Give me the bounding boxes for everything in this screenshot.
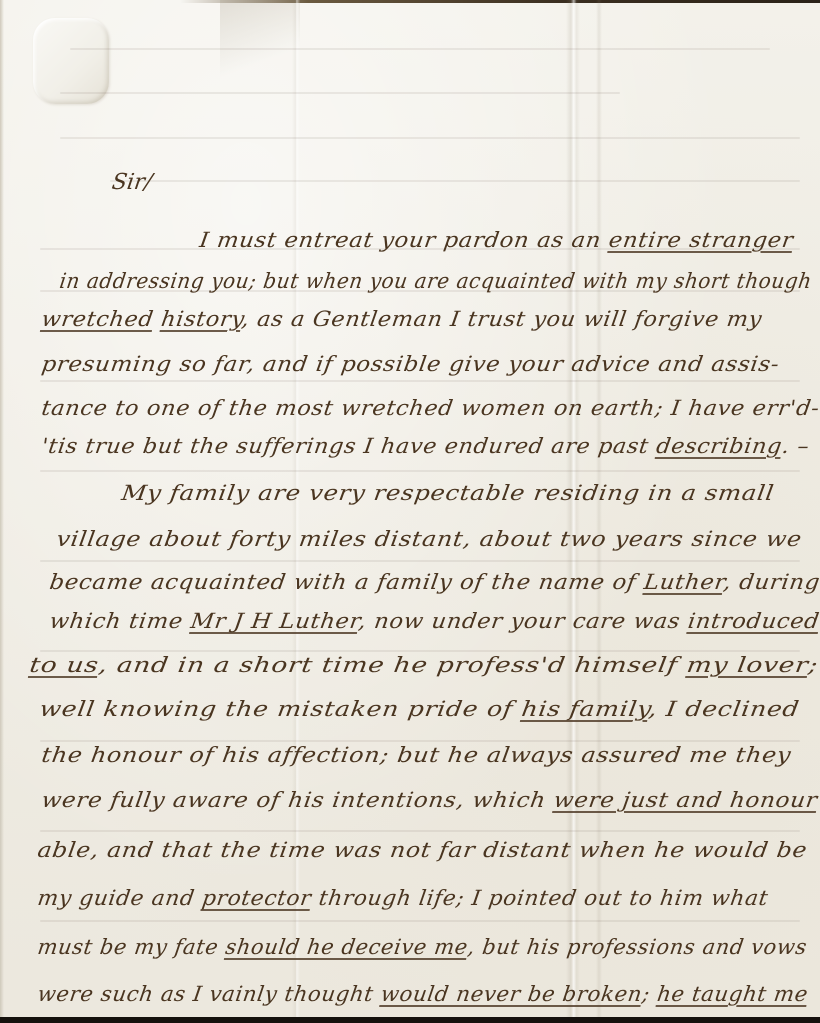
letter-line: 'tis true but the sufferings I have endu… — [40, 434, 811, 458]
letter-text: , I declined — [647, 697, 801, 721]
letter-line: my guide and protector through life; I p… — [36, 886, 770, 910]
letter-line: became acquainted with a family of the n… — [48, 570, 820, 594]
letter-text: presuming so far, and if possible give y… — [40, 352, 781, 376]
letter-text: I must entreat your pardon as an — [198, 228, 611, 252]
paper-fold-line — [292, 0, 300, 1017]
underlined-phrase: his family — [520, 697, 651, 721]
letter-line: I must entreat your pardon as an entire … — [198, 228, 795, 252]
underlined-phrase: my lover — [685, 653, 810, 677]
underlined-phrase: protector — [201, 886, 314, 910]
bleed-through-line — [40, 470, 800, 472]
letter-line: the honour of his affection; but he alwa… — [40, 743, 793, 767]
underlined-phrase: wretched — [40, 307, 155, 331]
bleed-through-line — [40, 560, 800, 562]
letter-text: tance to one of the most wretched women … — [40, 396, 820, 420]
letter-text: became acquainted with a family of the n… — [48, 570, 646, 594]
letter-text: My family are very respectable residing … — [120, 481, 776, 505]
letter-text: 'tis true but the sufferings I have endu… — [40, 434, 658, 458]
paper-fold-line — [596, 0, 602, 1017]
underlined-phrase: he taught me — [656, 982, 810, 1006]
page-left-edge — [0, 0, 4, 1017]
letter-text: were such as I vainly thought — [36, 982, 383, 1006]
letter-line: presuming so far, and if possible give y… — [40, 352, 781, 376]
underlined-phrase: were just and honour — [552, 788, 819, 812]
underlined-phrase: would never be broken — [379, 982, 644, 1006]
scan-bottom-border — [0, 1017, 820, 1023]
underlined-phrase: should he deceive me — [224, 935, 470, 959]
paper-fold-line — [566, 0, 580, 1017]
bleed-through-line — [40, 920, 800, 922]
bleed-through-line — [110, 180, 800, 182]
salutation: Sir/ — [110, 170, 154, 195]
letter-text: which time — [48, 609, 193, 633]
underlined-phrase: Luther — [642, 570, 725, 594]
letter-text: must be my fate — [36, 935, 227, 959]
letter-text: the honour of his affection; but he alwa… — [40, 743, 793, 767]
underlined-phrase: Mr J H Luther — [189, 609, 360, 633]
letter-page: Sir/ I must entreat your pardon as an en… — [0, 0, 820, 1017]
letter-text: , now under your care was — [357, 609, 690, 633]
letter-text: were fully aware of his intentions, whic… — [40, 788, 556, 812]
letter-text: my guide and — [36, 886, 204, 910]
underlined-phrase: history — [160, 307, 244, 331]
bleed-through-line — [70, 48, 770, 50]
paper-crease — [220, 0, 300, 100]
letter-line: wretched history, as a Gentleman I trust… — [40, 307, 764, 331]
letter-text: able, and that the time was not far dist… — [36, 838, 809, 862]
letter-line: My family are very respectable residing … — [120, 481, 776, 505]
letter-text: , as a Gentleman I trust you will forgiv… — [240, 307, 764, 331]
letter-text: well knowing the mistaken pride of — [38, 697, 523, 721]
letter-text: in addressing you; but when you are acqu… — [58, 269, 814, 293]
underlined-phrase: to us — [28, 653, 100, 677]
bleed-through-line — [40, 380, 800, 382]
underlined-phrase: introduced — [686, 609, 820, 633]
bleed-through-line — [60, 137, 800, 139]
letter-line: were such as I vainly thought would neve… — [36, 982, 810, 1006]
underlined-phrase: entire stranger — [607, 228, 795, 252]
letter-line: in addressing you; but when you are acqu… — [58, 269, 814, 293]
letter-line: able, and that the time was not far dist… — [36, 838, 809, 862]
letter-line: well knowing the mistaken pride of his f… — [38, 697, 801, 721]
letter-text: . – — [780, 434, 811, 458]
letter-line: must be my fate should he deceive me, bu… — [36, 935, 809, 959]
letter-text: through life; I pointed out to him what — [310, 886, 770, 910]
letter-text: ; — [807, 653, 820, 677]
bleed-through-line — [40, 830, 800, 832]
bleed-through-line — [60, 92, 620, 94]
bleed-through-line — [40, 650, 800, 652]
letter-line: were fully aware of his intentions, whic… — [40, 788, 819, 812]
letter-line: which time Mr J H Luther, now under your… — [48, 609, 820, 633]
letter-line: tance to one of the most wretched women … — [40, 396, 820, 420]
letter-text: village about forty miles distant, about… — [55, 527, 804, 551]
letter-line: village about forty miles distant, about… — [55, 527, 804, 551]
underlined-phrase: describing — [655, 434, 784, 458]
letter-text: , during — [722, 570, 820, 594]
letter-text: , but his professions and vows — [466, 935, 808, 959]
letter-text: , and in a short time he profess'd himse… — [97, 653, 688, 677]
bleed-through-line — [40, 740, 800, 742]
letter-line: to us, and in a short time he profess'd … — [28, 653, 820, 677]
